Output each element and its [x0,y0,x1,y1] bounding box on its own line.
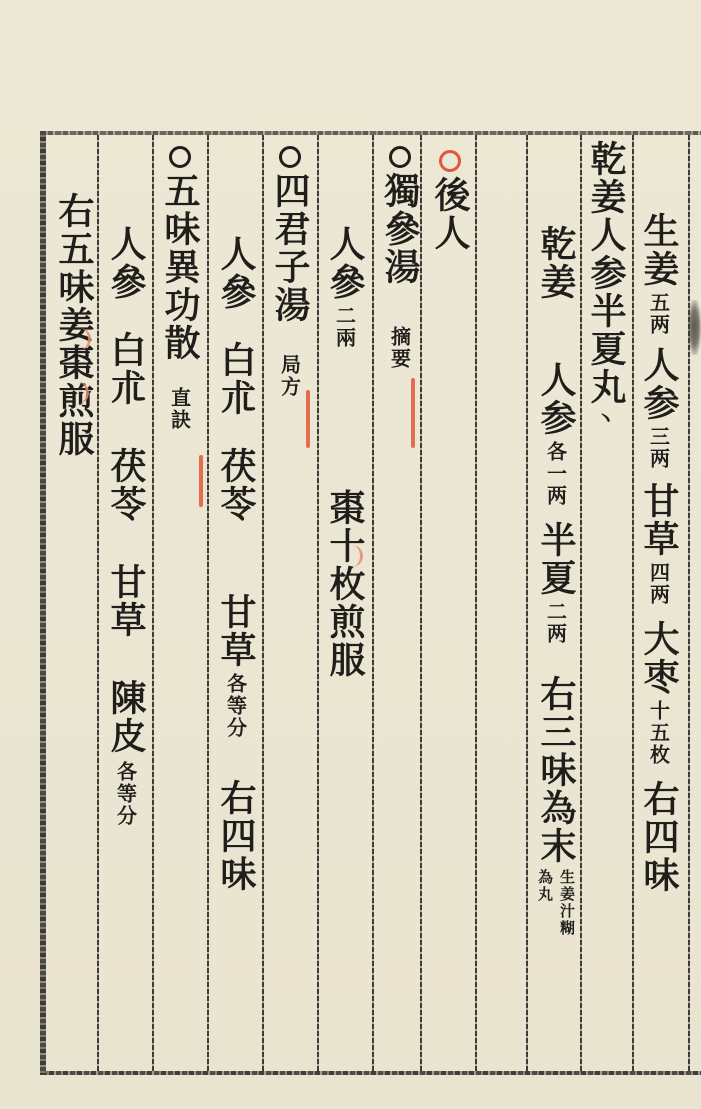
red-annotation-mark [199,455,203,507]
dose: 各一两 [543,441,569,507]
red-annotation-mark [411,378,415,448]
text-column-7: 四君子湯 局方 [268,146,311,398]
formula-source: 直訣 [167,387,193,431]
instruction: 右四味 [637,780,680,894]
document-page: 生姜 五两 人参 三两 甘草 四两 大枣 十五枚 右四味 乾姜人参半夏丸 丶 乾… [0,0,701,1109]
circle-marker-icon [169,146,191,168]
frame-bottom-border [42,1071,701,1075]
dose: 十五枚 [646,700,672,766]
column-rule [97,135,99,1071]
dose: 三两 [646,426,672,470]
ingredient-renshen: 人參 [104,225,147,301]
circle-marker-icon [389,146,411,168]
column-rule [262,135,264,1071]
ingredient-renshen: 人参 [534,361,577,437]
note-right: 生姜汁糊 [557,869,576,937]
dose: 各等分 [223,673,249,739]
column-rule [632,135,634,1071]
ingredient-dazao: 大枣 [637,620,680,696]
dose: 五两 [646,292,672,336]
ingredient-fuling: 茯苓 [104,447,147,523]
instruction: 棗十枚煎服 [323,489,366,679]
column-rule [688,135,690,1071]
circle-marker-icon [279,146,301,168]
text-column-2: 乾姜人参半夏丸 丶 [584,140,627,432]
column-rule [526,135,528,1071]
instruction: 右三味為末 [534,675,577,865]
ingredient-banxia: 半夏 [534,521,577,597]
ingredient-gancao: 甘草 [637,482,680,558]
column-rule [207,135,209,1071]
ink-blot [688,300,701,355]
ingredient-fuling: 茯苓 [214,447,257,523]
ingredient-shengjiang: 生姜 [637,212,680,288]
column-rule [580,135,582,1071]
text-column-1: 生姜 五两 人参 三两 甘草 四两 大枣 十五枚 右四味 [637,212,680,894]
section-heading: 後人 [428,176,471,252]
ingredient-renshen: 人參 [323,225,366,301]
column-rule [317,135,319,1071]
text-column-5: 獨參湯 摘要 [378,146,421,370]
ingredient-renshen: 人参 [637,346,680,422]
note-left: 為丸 [535,869,554,937]
text-column-3: 乾姜 人参 各一两 半夏 二两 右三味為末 生姜汁糊 為丸 [534,225,577,937]
formula-title: 乾姜人参半夏丸 [584,140,627,406]
instruction: 右四味 [214,779,257,893]
text-column-8: 人參 白朮 茯苓 甘草 各等分 右四味 [214,235,257,893]
punctuation-mark: 丶 [596,406,616,432]
column-rule [152,135,154,1071]
column-rule [475,135,477,1071]
text-column-4: 後人 [428,150,471,252]
formula-title: 五味異功散 [158,172,201,362]
interlinear-note: 生姜汁糊 為丸 [535,869,576,937]
ingredient-renshen: 人參 [214,235,257,311]
text-column-6: 人參 二兩 棗十枚煎服 [323,225,366,679]
dose: 四两 [646,562,672,606]
formula-source: 局方 [277,354,303,398]
text-column-10: 人參 白朮 茯苓 甘草 陳皮 各等分 [104,225,147,827]
formula-title: 獨參湯 [378,172,421,286]
frame-left-border [40,131,46,1075]
dose: 各等分 [113,761,139,827]
dose: 二两 [543,601,569,645]
ingredient-baizhu: 白朮 [214,341,257,417]
formula-title: 四君子湯 [268,172,311,324]
red-circle-marker-icon [439,150,461,172]
text-column-9: 五味異功散 直訣 [158,146,201,431]
frame-top-border [40,131,701,135]
dose: 二兩 [332,305,358,349]
instruction: 右五味姜棗煎服 [52,192,95,458]
ingredient-gancao: 甘草 [104,563,147,639]
ingredient-ganjiang: 乾姜 [534,225,577,301]
text-column-11: 右五味姜棗煎服 [52,192,95,458]
red-annotation-mark [306,390,310,448]
ingredient-baizhu: 白朮 [104,331,147,407]
ingredient-chenpi: 陳皮 [104,679,147,755]
formula-source: 摘要 [387,326,413,370]
column-rule [372,135,374,1071]
ingredient-gancao: 甘草 [214,593,257,669]
